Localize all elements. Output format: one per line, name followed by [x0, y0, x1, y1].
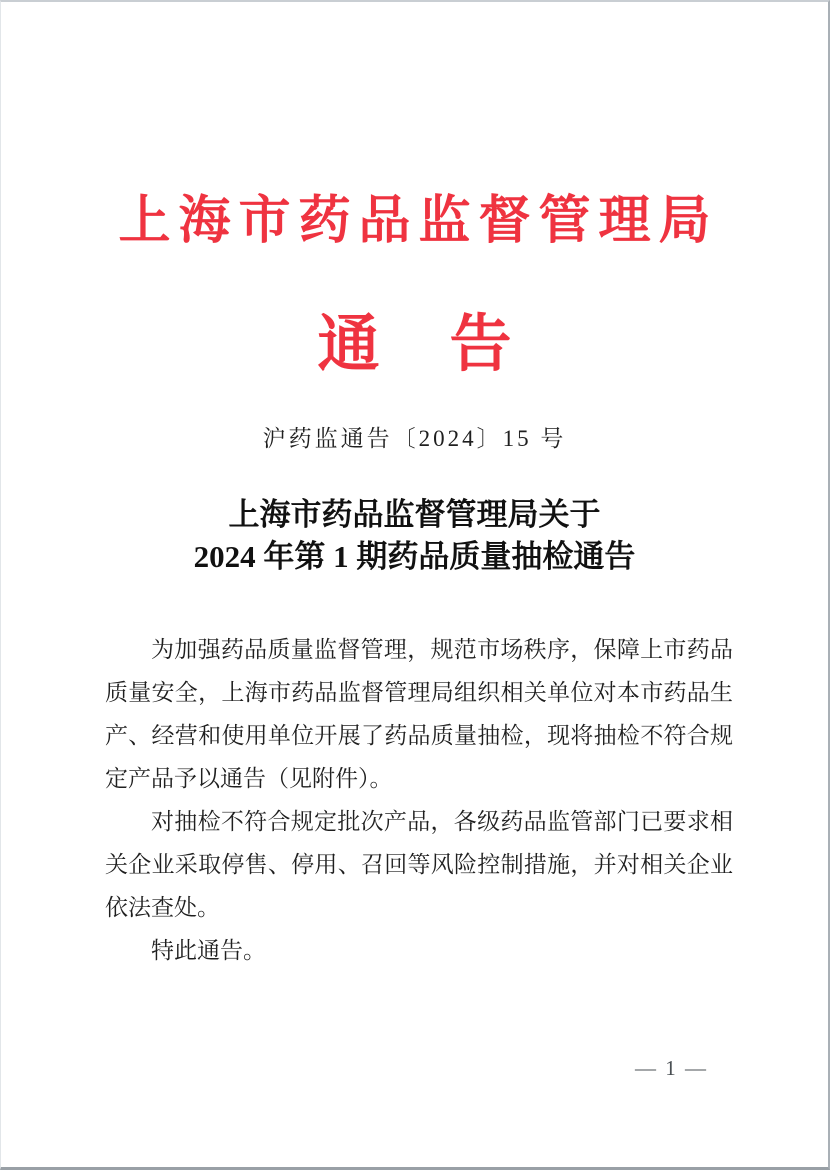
page-number: — 1 — — [635, 1056, 708, 1081]
notice-body: 为加强药品质量监督管理，规范市场秩序，保障上市药品质量安全，上海市药品监督管理局… — [105, 628, 733, 972]
body-paragraph: 为加强药品质量监督管理，规范市场秩序，保障上市药品质量安全，上海市药品监督管理局… — [105, 628, 733, 800]
body-paragraph: 对抽检不符合规定批次产品，各级药品监管部门已要求相关企业采取停售、停用、召回等风… — [105, 800, 733, 929]
doc-number: 沪药监通告〔2024〕15 号 — [1, 420, 828, 453]
notice-title-line1: 上海市药品监督管理局关于 — [229, 497, 601, 532]
doc-type-title: 通告 — [1, 294, 828, 383]
notice-title-line2: 2024 年第 1 期药品质量抽检通告 — [194, 539, 636, 574]
body-paragraph-closing: 特此通告。 — [105, 929, 733, 972]
notice-title: 上海市药品监督管理局关于 2024 年第 1 期药品质量抽检通告 — [1, 494, 828, 578]
agency-title: 上海市药品监督管理局 — [1, 178, 828, 253]
document-page: 上海市药品监督管理局 通告 沪药监通告〔2024〕15 号 上海市药品监督管理局… — [0, 0, 830, 1170]
